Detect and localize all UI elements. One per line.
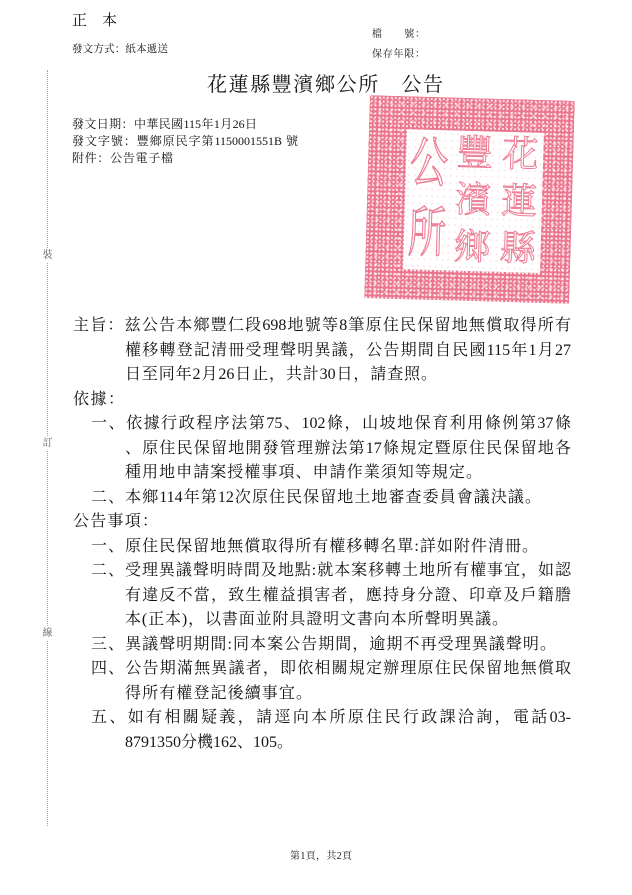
notice-item-line: 二、受理異議聲明時間及地點:就本案移轉土地所有權事宜，如認 — [91, 559, 571, 584]
notice-item-line: 三、異議聲明期間:同本案公告期間，逾期不再受理異議聲明。 — [91, 633, 556, 658]
item-text: 、原住民保留地開發管理辦法第17條規定暨原住民保留地各 — [125, 440, 571, 457]
page-indicator: 第1頁，共2頁 — [290, 850, 352, 864]
item-text: 有違反不當，致生權益損害者，應持身分證、印章及戶籍謄 — [125, 587, 571, 604]
subject-text: 日至同年2月26日止，共計30日，請查照。 — [125, 366, 437, 383]
seal-character: 鄉 — [454, 225, 491, 270]
item-text: 如有相關疑義，請逕向本所原住民行政課洽詢，電話03- — [128, 709, 571, 726]
seal-inner-field: 花 蓮 縣 豐 濱 鄉 公 所 — [403, 129, 544, 273]
retention-period-label: 保存年限： — [372, 48, 425, 62]
document-title: 花蓮縣豐濱鄉公所 公告 — [207, 72, 443, 98]
official-seal: 花 蓮 縣 豐 濱 鄉 公 所 — [364, 95, 575, 304]
document-number: 發文字號：豐鄉原民字第1150001551B 號 — [72, 133, 298, 149]
item-text: 8791350分機162、105。 — [125, 734, 293, 751]
item-text: 本(正本)，以書面並附具證明文書向本所聲明異議。 — [125, 611, 508, 628]
subject-line: 權移轉登記清冊受理聲明異議，公告期間自民國115年1月27 — [125, 339, 571, 364]
basis-item-line: 種用地申請案授權事項、申請作業須知等規定。 — [125, 461, 482, 486]
item-number: 一、 — [91, 538, 125, 555]
subject-line: 主旨：兹公告本鄉豐仁段698地號等8筆原住民保留地無償取得所有 — [73, 314, 571, 339]
attachment: 附件：公告電子檔 — [72, 150, 173, 166]
item-text: 得所有權登記後續事宜。 — [125, 685, 312, 702]
file-number-label: 檔 號： — [372, 28, 425, 42]
seal-character: 濱 — [455, 179, 492, 224]
subject-line: 日至同年2月26日止，共計30日，請查照。 — [125, 363, 437, 388]
notices-heading: 公告事項： — [73, 510, 158, 535]
item-number: 五、 — [91, 709, 128, 726]
item-text: 種用地申請案授權事項、申請作業須知等規定。 — [125, 464, 482, 481]
notice-item-line: 本(正本)，以書面並附具證明文書向本所聲明異議。 — [125, 608, 508, 633]
notice-item-line: 五、如有相關疑義，請逕向本所原住民行政課洽詢，電話03- — [91, 706, 571, 731]
item-number: 二、 — [91, 489, 125, 506]
notices-label: 公告事項： — [73, 513, 158, 530]
seal-column-middle: 豐 濱 鄉 — [449, 131, 499, 272]
item-text: 公告期滿無異議者，即依相關規定辦理原住民保留地無償取 — [125, 660, 571, 677]
item-number: 二、 — [91, 562, 125, 579]
seal-character: 所 — [407, 185, 448, 285]
notice-item-line: 8791350分機162、105。 — [125, 731, 280, 756]
item-number: 三、 — [91, 636, 125, 653]
item-text: 異議聲明期間:同本案公告期間，逾期不再受理異議聲明。 — [125, 636, 556, 653]
binding-label-zhuang: 裝 — [41, 249, 54, 262]
seal-character: 蓮 — [500, 180, 537, 225]
basis-item-line: 一、依據行政程序法第75、102條，山坡地保育利用條例第37條 — [91, 412, 571, 437]
seal-character: 豐 — [456, 132, 493, 177]
copy-type-label: 正 本 — [72, 11, 117, 31]
item-text: 本鄉114年第12次原住民保留地土地審查委員會議決議。 — [125, 489, 541, 506]
notice-item-line: 一、原住民保留地無償取得所有權移轉名單:詳如附件清冊。 — [91, 535, 538, 560]
delivery-method: 發文方式：紙本遞送 — [72, 43, 168, 57]
notice-item-line: 得所有權登記後續事宜。 — [125, 682, 312, 707]
document-page: 正 本 發文方式：紙本遞送 檔 號： 保存年限： 花蓮縣豐濱鄉公所 公告 發文日… — [0, 0, 632, 895]
seal-character: 花 — [502, 133, 539, 178]
seal-column-left: 公 所 — [403, 129, 453, 270]
item-number: 一、 — [91, 415, 126, 432]
item-text: 受理異議聲明時間及地點:就本案移轉土地所有權事宜，如認 — [125, 562, 571, 579]
subject-text: 權移轉登記清冊受理聲明異議，公告期間自民國115年1月27 — [125, 342, 571, 359]
basis-label: 依據： — [73, 391, 124, 408]
seal-character: 縣 — [499, 227, 536, 272]
notice-item-line: 四、公告期滿無異議者，即依相關規定辦理原住民保留地無償取 — [91, 657, 571, 682]
item-number: 四、 — [91, 660, 125, 677]
basis-heading: 依據： — [73, 388, 124, 413]
basis-item-line: 、原住民保留地開發管理辦法第17條規定暨原住民保留地各 — [125, 437, 571, 462]
basis-item-line: 二、本鄉114年第12次原住民保留地土地審查委員會議決議。 — [91, 486, 541, 511]
issue-date: 發文日期：中華民國115年1月26日 — [72, 116, 257, 132]
announcement-body: 主旨：兹公告本鄉豐仁段698地號等8筆原住民保留地無償取得所有 權移轉登記清冊受… — [0, 314, 632, 755]
subject-text: 兹公告本鄉豐仁段698地號等8筆原住民保留地無償取得所有 — [125, 317, 571, 334]
subject-label: 主旨： — [73, 317, 125, 334]
item-text: 依據行政程序法第75、102條，山坡地保育利用條例第37條 — [126, 415, 571, 432]
notice-item-line: 有違反不當，致生權益損害者，應持身分證、印章及戶籍謄 — [125, 584, 571, 609]
seal-column-right: 花 蓮 縣 — [494, 132, 544, 273]
item-text: 原住民保留地無償取得所有權移轉名單:詳如附件清冊。 — [125, 538, 538, 555]
